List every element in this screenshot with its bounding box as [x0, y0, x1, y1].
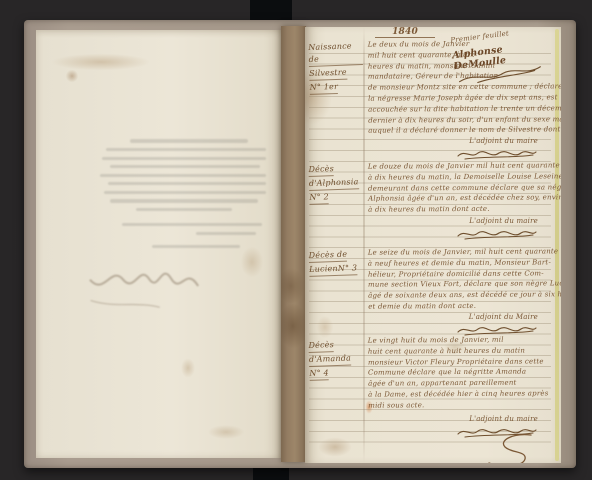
entry-body: Le vingt huit du mois de Janvier, milhui…: [368, 334, 557, 411]
entry-margin-label: Décès deLucienN° 3: [309, 248, 364, 278]
entry-closing: L'adjoint du maire: [368, 137, 538, 145]
signature-flourish-icon: [455, 227, 539, 242]
register-book: 1840 Premier feuillet Alphonse DeMoulle …: [24, 20, 576, 468]
year-heading: 1840: [375, 27, 435, 38]
entry-body: Le deux du mois de Janviermil huit cent …: [368, 38, 557, 136]
entry-margin-label: Décèsd'AlphonsiaN° 2: [308, 162, 363, 206]
entry-body: Le seize du mois de Janvier, mil huit ce…: [368, 246, 556, 312]
entry-body: Le douze du mois de Janvier mil huit cen…: [368, 160, 556, 215]
entry-closing: L'adjoint du Maire: [368, 313, 538, 321]
entry-closing: L'adjoint du maire: [368, 217, 538, 225]
left-page: [36, 30, 283, 458]
entry-margin-label: Décèsd'AmandaN° 4: [308, 338, 363, 382]
binding-gutter-tape: [281, 26, 306, 462]
terminal-flourish-icon: [481, 431, 537, 463]
entry-closing: L'adjoint du maire: [368, 415, 538, 423]
entry-margin-label: Naissance deSilvestreN° 1er: [308, 40, 364, 96]
bleedthrough-signature: [54, 244, 212, 339]
right-page: 1840 Premier feuillet Alphonse DeMoulle …: [305, 27, 561, 463]
bleedthrough-print-block: [94, 134, 266, 254]
